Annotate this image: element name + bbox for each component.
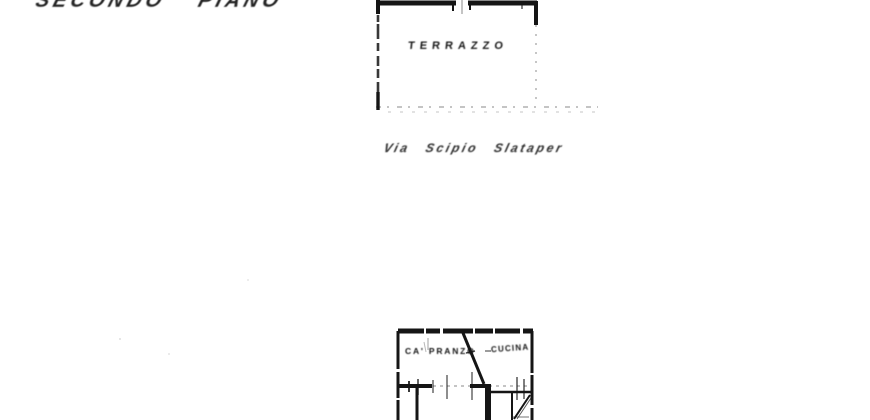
plan-linework [0, 0, 870, 420]
scanned-floorplan-page: SECONDO PIANO TERRAZZO Via Scipio Slatap… [0, 0, 870, 420]
lower-plan-drawing [398, 331, 533, 420]
upper-plan-drawing [376, 0, 598, 112]
